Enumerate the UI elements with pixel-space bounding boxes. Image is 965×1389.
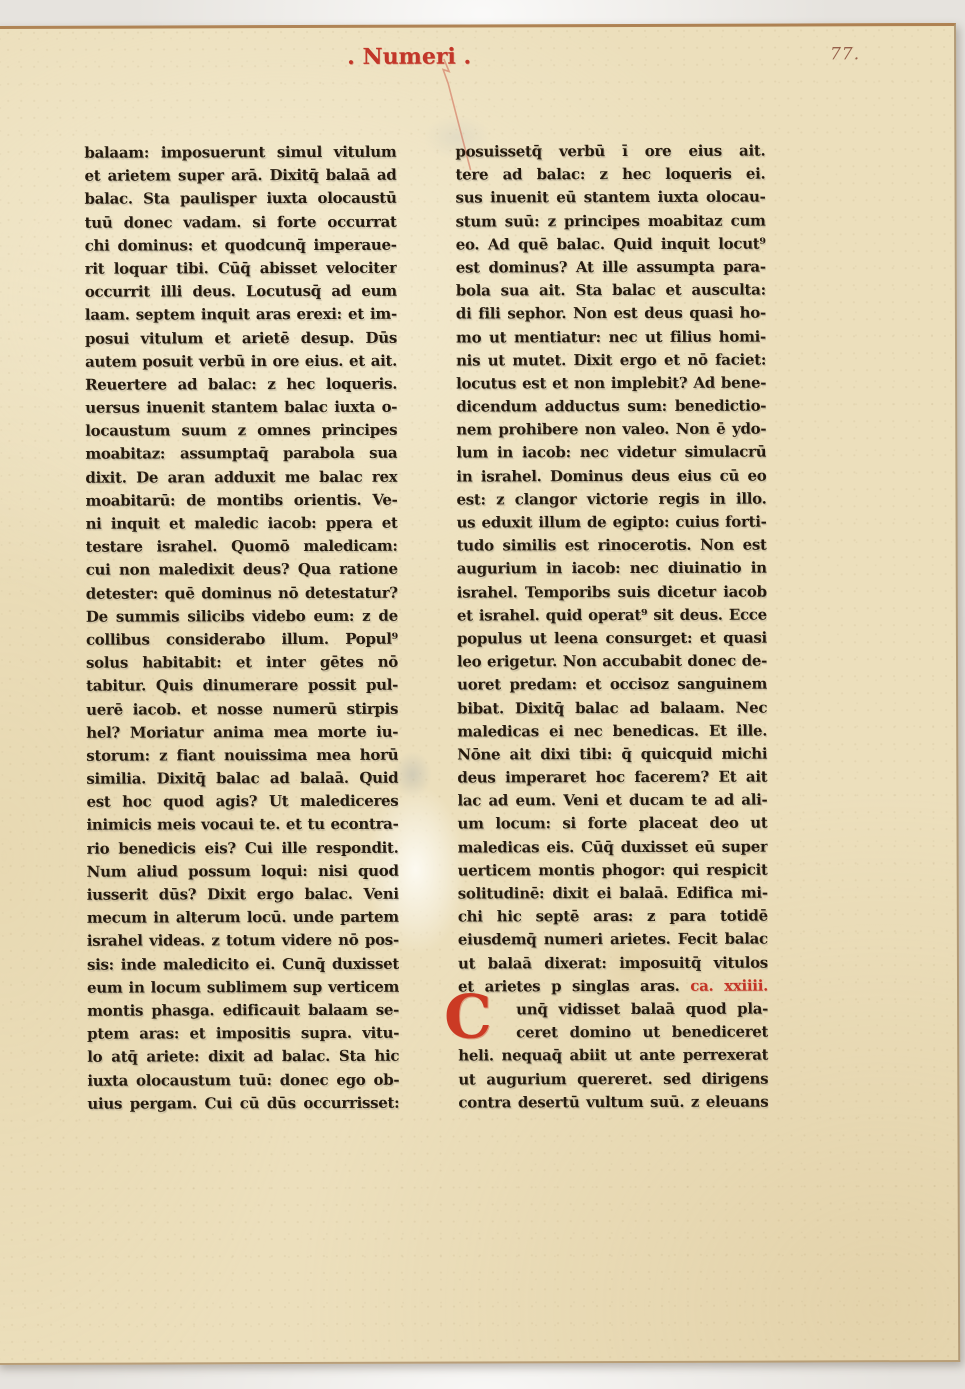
- text-line: moabitarū: de montibs orientis. Ve-: [85, 489, 397, 513]
- text-line: nis ut mutet. Dixit ergo et nō faciet:: [456, 348, 766, 372]
- right-column-body: posuissetq̄ verbū ī ore eius ait. Reuer-…: [455, 140, 768, 976]
- text-line: deus imperaret hoc facerem? Et ait ba-: [457, 766, 767, 790]
- text-line: tere ad balac: z hec loqueris ei. Reuer-: [455, 163, 765, 187]
- text-line: dicendum adductus sum: benedictio-: [456, 395, 766, 419]
- text-line: hel? Moriatur anima mea morte iu-: [86, 720, 398, 744]
- text-line: chi dominus: et quodcunq̄ imperaue-: [85, 233, 397, 257]
- text-line: leo erigetur. Non accubabit donec de-: [457, 650, 767, 674]
- text-line: israhel videas. z totum videre nō pos-: [87, 929, 399, 953]
- text-line: mecum in alterum locū. unde partem: [87, 906, 399, 930]
- text-line: cui non maledixit deus? Qua ratione: [86, 558, 398, 582]
- text-column-right: posuissetq̄ verbū ī ore eius ait. Reuer-…: [455, 140, 768, 1115]
- text-line: di fili sephor. Non est deus quasi ho-: [456, 302, 766, 326]
- text-line: sis: inde maledicito ei. Cunq̄ duxisset: [87, 952, 399, 976]
- text-line: bibat. Dixitq̄ balac ad balaam. Nec: [457, 696, 767, 720]
- text-line: moabitaz: assumptaq̄ parabola sua: [85, 442, 397, 466]
- text-line: in israhel. Dominus deus eius cū eo: [456, 464, 766, 488]
- text-line: bola sua ait. Sta balac et ausculta: au-: [456, 279, 766, 303]
- text-line: maledicas ei nec benedicas. Et ille.: [457, 719, 767, 743]
- text-line: uerē iacob. et nosse numerū stirpis isra…: [86, 697, 398, 721]
- text-line: populus ut leena consurget: et quasi: [457, 627, 767, 651]
- text-line: dixit. De aran adduxit me balac rex: [85, 465, 397, 489]
- text-line: similia. Dixitq̄ balac ad balaā. Quid: [86, 767, 398, 791]
- chapter-number-rubric: ca. xxiiii.: [690, 976, 768, 994]
- text-line: ceret domino ut benediceret isra-: [458, 1021, 768, 1045]
- text-line: Reuertere ad balac: z hec loqueris. Re-: [85, 373, 397, 397]
- text-line: storum: z fiant nouissima mea horū: [86, 744, 398, 768]
- text-line: eum in locum sublimem sup verticem: [87, 975, 399, 999]
- text-line: lo atq̄ ariete: dixit ad balac. Sta hic: [87, 1045, 399, 1069]
- text-line: laam. septem inquit aras erexi: et im-: [85, 303, 397, 327]
- text-line: chi hic septē aras: z para totidē vitulo…: [458, 905, 768, 929]
- text-line: eo. Ad quē balac. Quid inquit locut⁹: [456, 232, 766, 256]
- text-line: rio benedicis eis? Cui ille respondit.: [87, 836, 399, 860]
- text-line: detester: quē dominus nō detestatur?: [86, 581, 398, 605]
- text-line: maledicas eis. Cūq̄ duxisset eū super: [458, 835, 768, 859]
- text-line: lum in iacob: nec videtur simulacrū: [456, 441, 766, 465]
- text-line: stum suū: z principes moabitaz cum: [456, 209, 766, 233]
- text-line: testare israhel. Quomō maledicam:: [86, 535, 398, 559]
- text-line: tuū donec vadam. si forte occurrat mi-: [85, 210, 397, 234]
- text-line: est: z clangor victorie regis in illo. D…: [456, 487, 766, 511]
- text-line: sus inuenit eū stantem iuxta olocau-: [456, 186, 766, 210]
- text-line: unq̄ vidisset balaā quod pla-: [458, 998, 768, 1022]
- text-line: augurium in iacob: nec diuinatio in: [457, 557, 767, 581]
- text-line: uerticem montis phogor: qui respicit: [458, 858, 768, 882]
- text-line: tabitur. Quis dinumerare possit pul-: [86, 674, 398, 698]
- chapter-opening-block: C unq̄ vidisset balaā quod pla-ceret dom…: [458, 998, 768, 1045]
- text-line: heli. nequaq̄ abiit ut ante perrexerat: [458, 1044, 768, 1068]
- text-line: locutus est et non implebit? Ad bene-: [456, 371, 766, 395]
- text-line: rit loquar tibi. Cūq̄ abisset velociter: [85, 257, 397, 281]
- text-line: De summis silicibs videbo eum: z de: [86, 604, 398, 628]
- text-line: et israhel. quid operat⁹ sit deus. Ecce: [457, 603, 767, 627]
- text-line: inimicis meis vocaui te. et tu econtra-: [86, 813, 398, 837]
- chapter-rubric-line: et arietes p singlas aras. ca. xxiiii.: [458, 974, 768, 998]
- text-line: us eduxit illum de egipto: cuius forti-: [457, 511, 767, 535]
- text-line: mo ut mentiatur: nec ut filius homi-: [456, 325, 766, 349]
- text-line: et arietem super arā. Dixitq̄ balaā ad: [84, 164, 396, 188]
- text-column-left: balaam: imposuerunt simul vitulumet arie…: [84, 141, 399, 1116]
- text-line: locaustum suum z omnes principes: [85, 419, 397, 443]
- text-line: nem prohibere non valeo. Non ē ydo-: [456, 418, 766, 442]
- text-line: tudo similis est rinocerotis. Non est: [457, 534, 767, 558]
- right-column-closing: heli. nequaq̄ abiit ut ante perrexeratut…: [458, 1044, 768, 1115]
- text-line: contra desertū vultum suū. z eleuans: [458, 1090, 768, 1114]
- text-line: uersus inuenit stantem balac iuxta o-: [85, 396, 397, 420]
- text-line: solitudinē: dixit ei balaā. Edifica mi-: [458, 882, 768, 906]
- text-line: Num aliud possum loqui: nisi quod: [87, 860, 399, 884]
- text-line: balac. Sta paulisper iuxta olocaustū: [85, 187, 397, 211]
- chapter-opening-lines: unq̄ vidisset balaā quod pla-ceret domin…: [458, 998, 768, 1045]
- text-line: occurrit illi deus. Locutusq̄ ad eum ba-: [85, 280, 397, 304]
- lombard-initial-c: C: [444, 991, 492, 1043]
- text-line: montis phasga. edificauit balaam se-: [87, 999, 399, 1023]
- text-line: ut balaā dixerat: imposuitq̄ vitulos: [458, 951, 768, 975]
- text-line: est dominus? At ille assumpta para-: [456, 256, 766, 280]
- text-line: um locum: si forte placeat deo ut inde: [457, 812, 767, 836]
- text-line: eiusdemq̄ numeri arietes. Fecit balac: [458, 928, 768, 952]
- text-line: iusserit dūs? Dixit ergo balac. Veni: [87, 883, 399, 907]
- text-line: posui vitulum et arietē desup. Dūs: [85, 326, 397, 350]
- manuscript-leaf: . Numeri . 77. balaam: imposuerunt simul…: [0, 23, 960, 1365]
- text-line: autem posuit verbū in ore eius. et ait.: [85, 349, 397, 373]
- text-line: uius pergam. Cui cū dūs occurrisset:: [87, 1091, 399, 1115]
- text-line: ptem aras: et impositis supra. vitu-: [87, 1022, 399, 1046]
- text-line: iuxta olocaustum tuū: donec ego ob-: [87, 1068, 399, 1092]
- text-line: ni inquit et maledic iacob: ppera et de-: [86, 512, 398, 536]
- text-line: posuissetq̄ verbū ī ore eius ait. Reuer-: [455, 140, 765, 164]
- text-line: israhel. Temporibs suis dicetur iacob: [457, 580, 767, 604]
- text-line: ut augurium quereret. sed dirigens: [458, 1067, 768, 1091]
- text-line: lac ad eum. Veni et ducam te ad ali-: [457, 789, 767, 813]
- text-line: Nōne ait dixi tibi: q̄ quicquid michi: [457, 742, 767, 766]
- text-line: balaam: imposuerunt simul vitulum: [84, 141, 396, 165]
- text-line: uoret predam: et occisoz sanguinem: [457, 673, 767, 697]
- folio-number: 77.: [830, 44, 860, 64]
- text-line: solus habitabit: et inter gētes nō repu-: [86, 651, 398, 675]
- text-line: est hoc quod agis? Ut malediceres: [86, 790, 398, 814]
- text-line: collibus considerabo illum. Popul⁹: [86, 628, 398, 652]
